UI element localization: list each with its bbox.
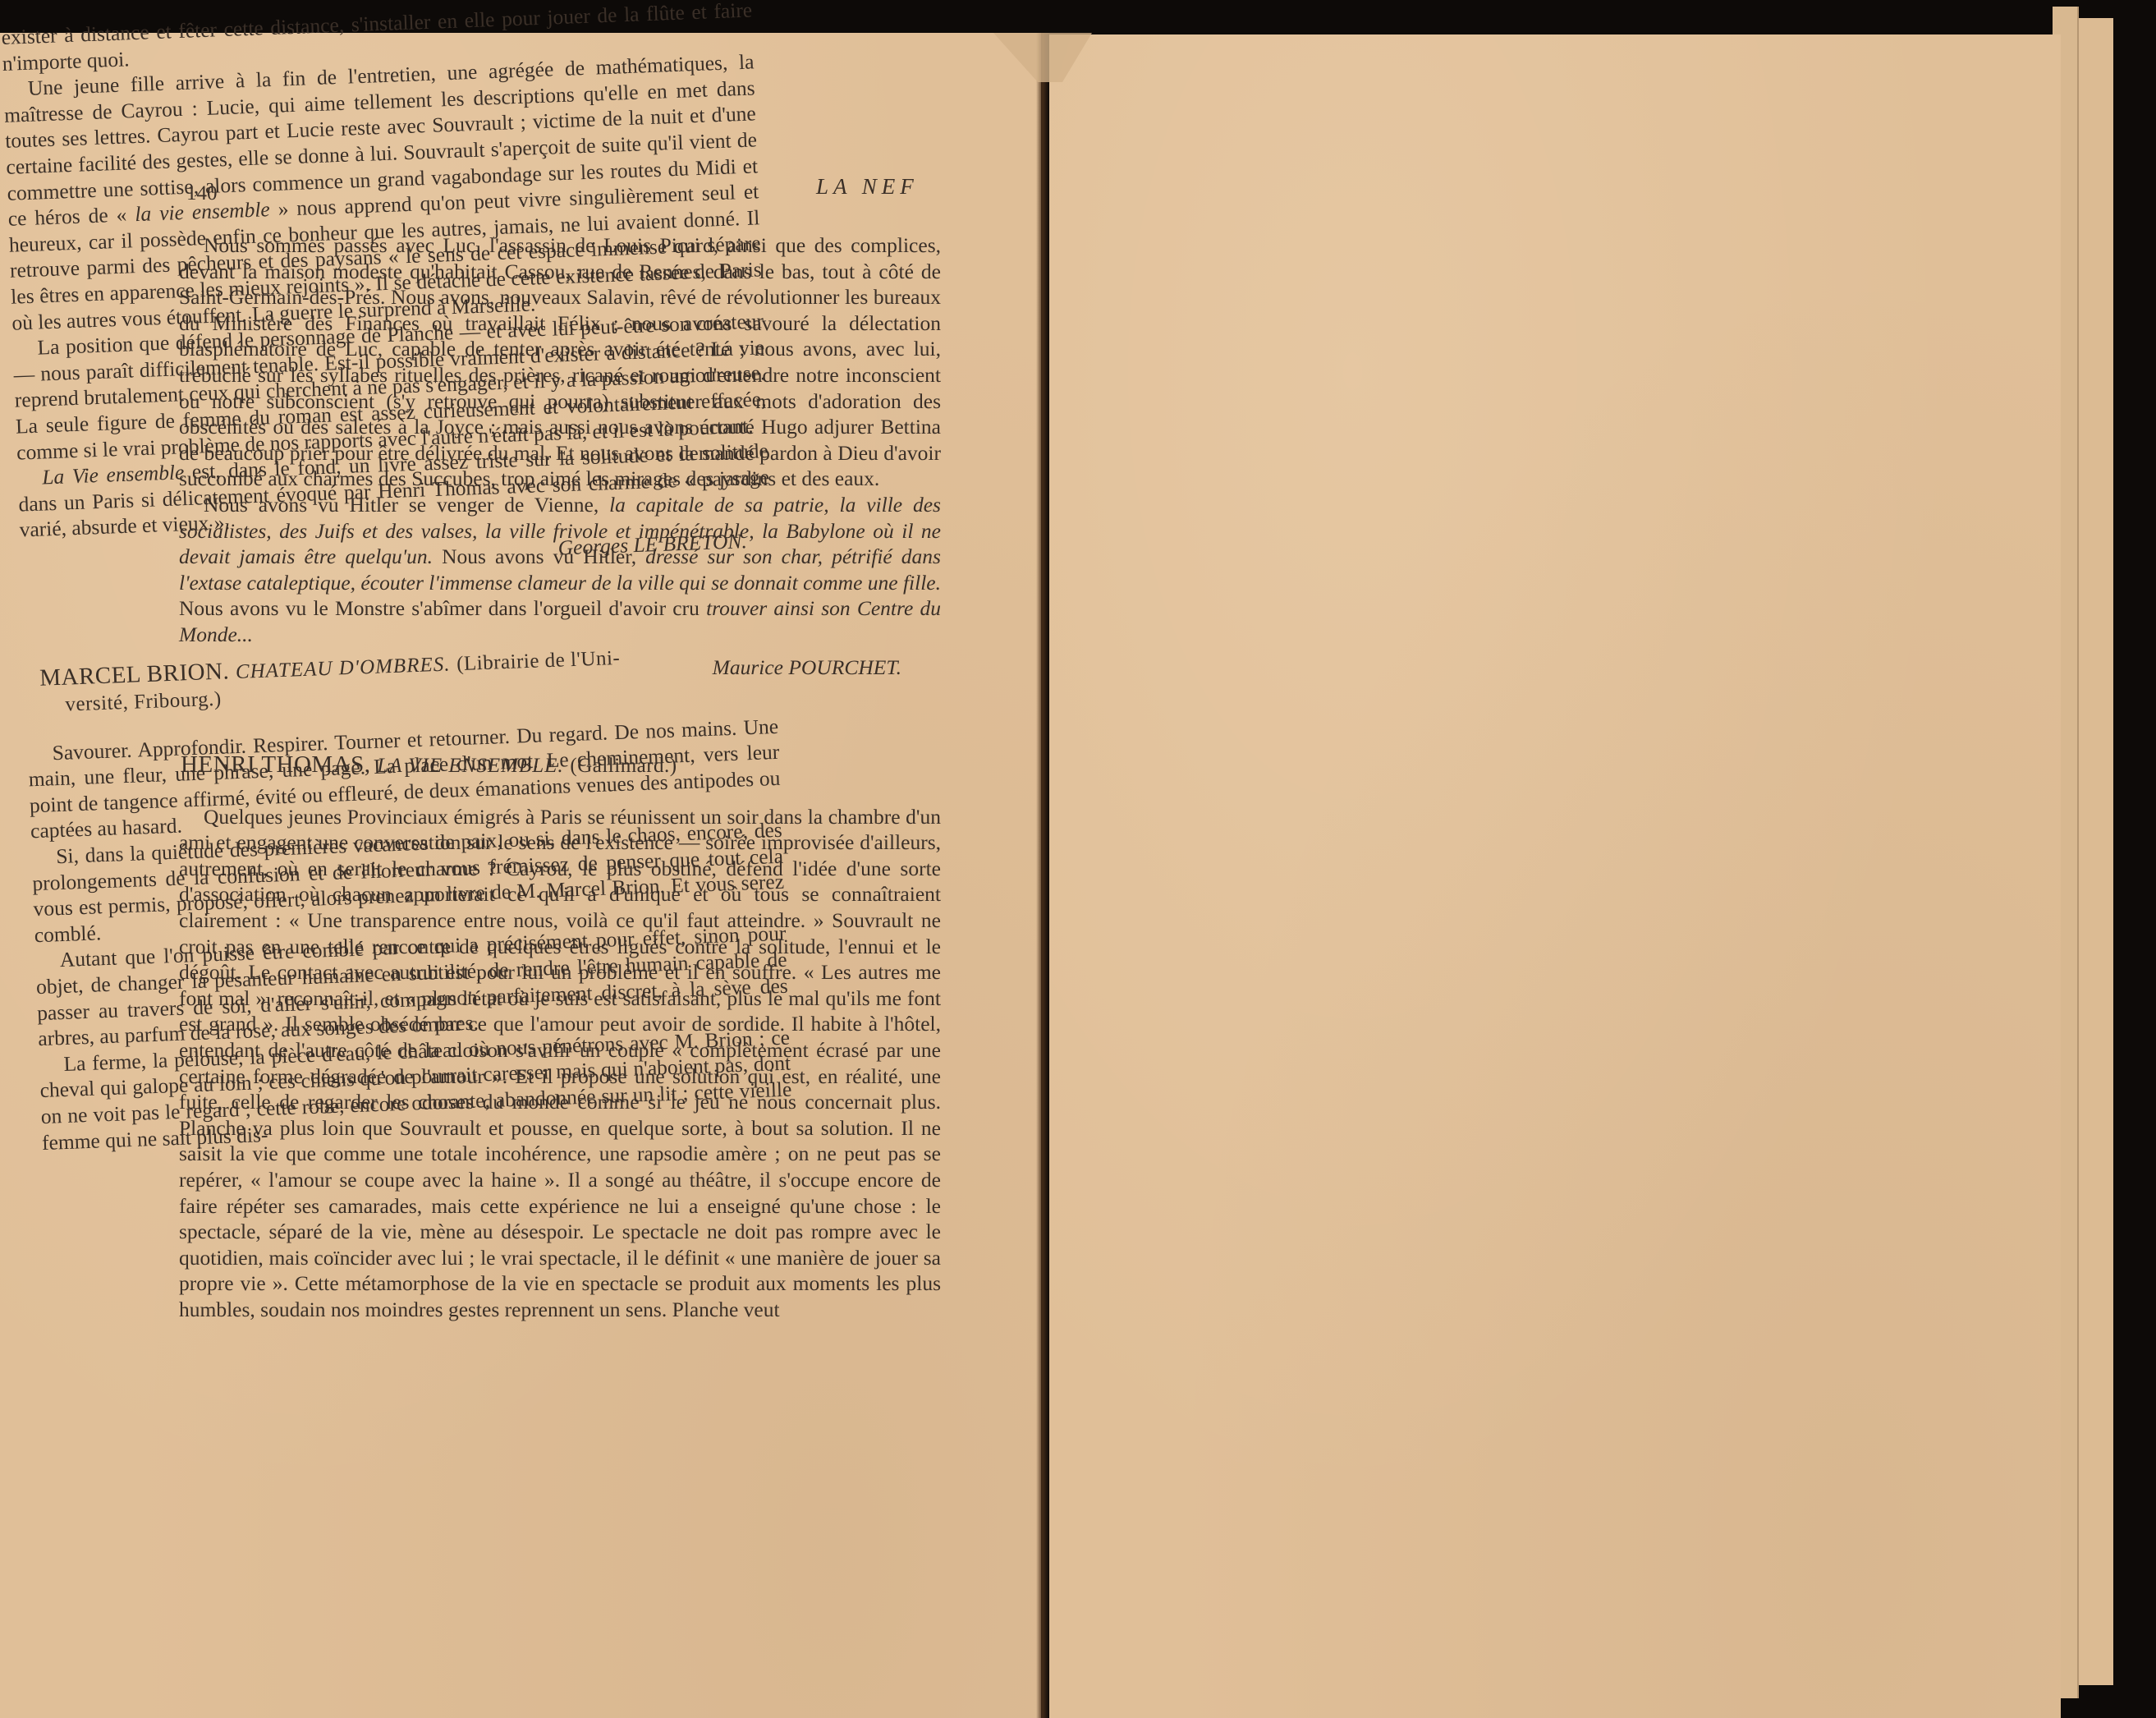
italic-run: la vie ensemble (135, 197, 270, 226)
right-page-text: exister à distance et fêter cette distan… (1, 0, 793, 1155)
right-page (1049, 34, 2061, 1718)
paragraph: Une jeune fille arrive à la fin de l'ent… (2, 49, 763, 336)
running-head-left: LA NEF (816, 174, 919, 200)
review-publisher: (Librairie de l'Uni- (456, 647, 621, 675)
italic-run: La Vie ensemble (42, 460, 185, 489)
book-gutter (1036, 33, 1049, 1718)
page-edge-stack (2077, 18, 2113, 1685)
